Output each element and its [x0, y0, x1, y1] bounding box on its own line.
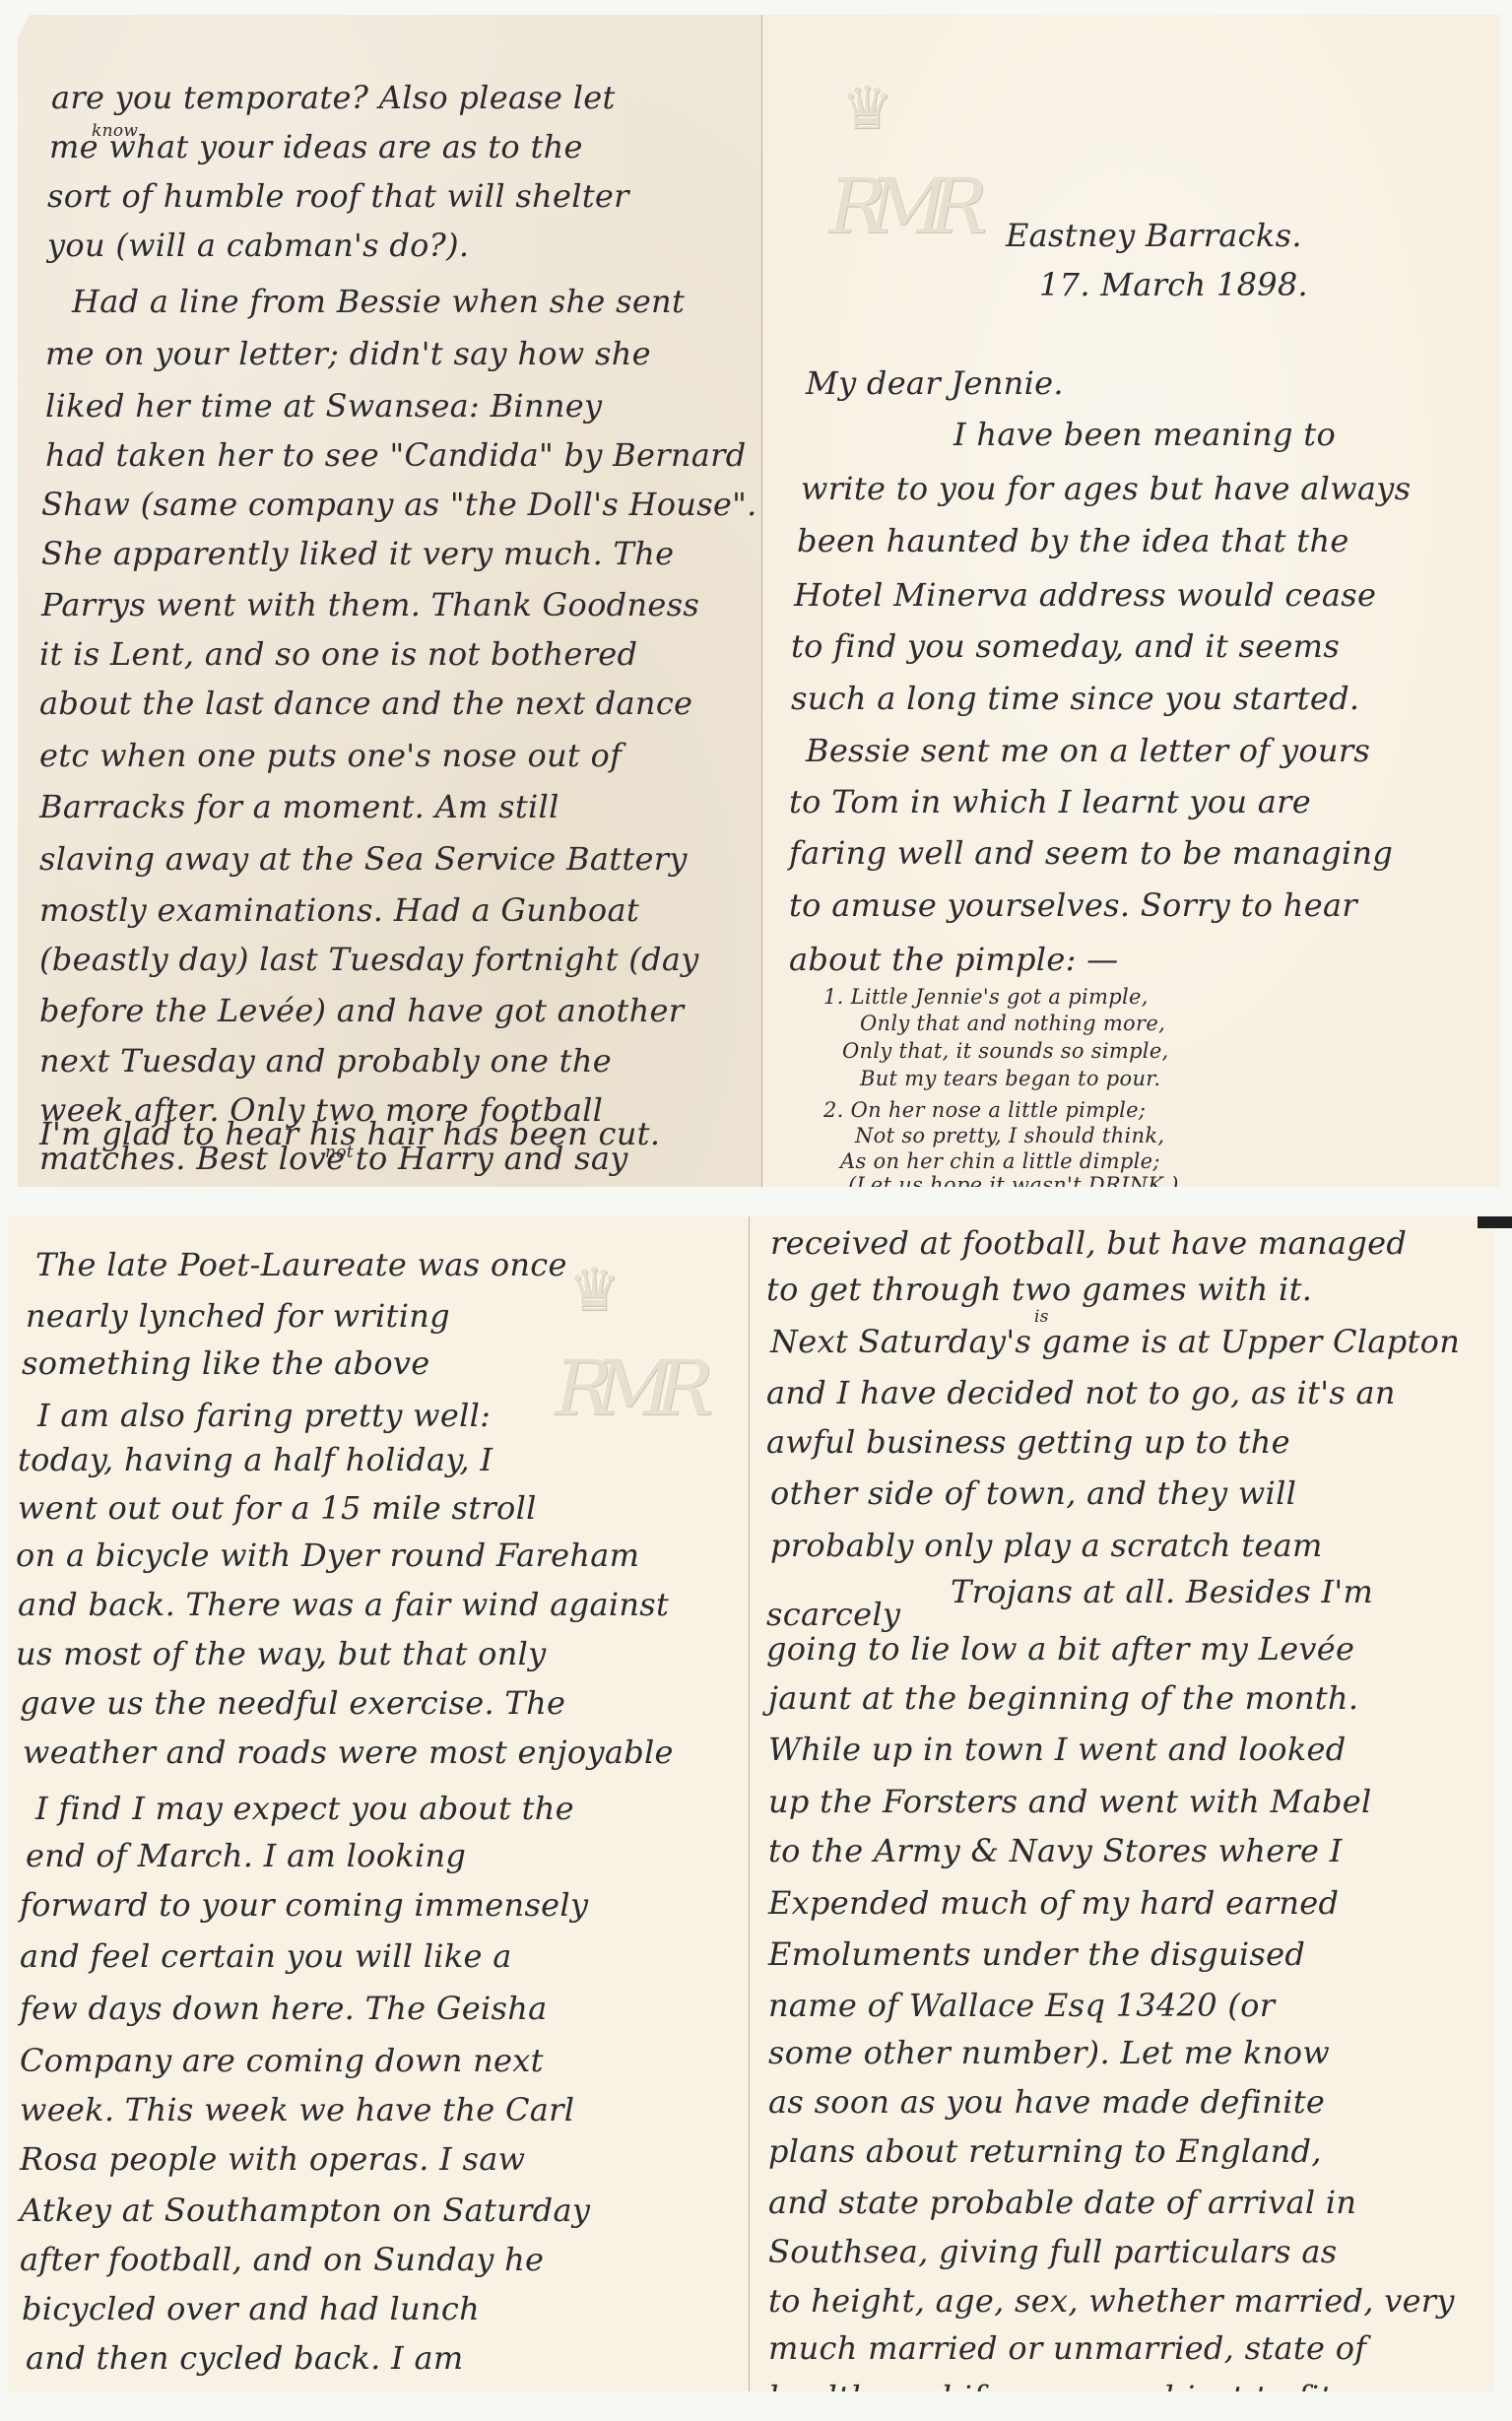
crown-emblem-icon: ♛: [840, 74, 893, 143]
text-line: slaving away at the Sea Service Battery: [39, 840, 688, 878]
monogram-emblem: RMR: [555, 1344, 695, 1433]
text-line: She apparently liked it very much. The: [41, 535, 674, 572]
text-line: liked her time at Swansea: Binney: [45, 387, 602, 425]
text-line: other side of town, and they will: [770, 1474, 1296, 1512]
poem-line: But my tears began to pour.: [860, 1067, 1160, 1090]
text-line: Shaw (same company as "the Doll's House"…: [41, 486, 757, 523]
text-line: faring well and seem to be managing: [789, 834, 1393, 872]
text-line: Next Saturday's game is at Upper Clapton: [770, 1323, 1460, 1360]
text-line: and then cycled back. I am: [26, 2339, 464, 2377]
text-line: Company are coming down next: [20, 2042, 544, 2079]
text-line: after football, and on Sunday he: [20, 2241, 544, 2278]
text-line: on a bicycle with Dyer round Fareham: [16, 1537, 639, 1574]
text-line: Bessie sent me on a letter of yours: [806, 732, 1370, 769]
text-line: weather and roads were most enjoyable: [23, 1734, 674, 1771]
text-line: Trojans at all. Besides I'm: [951, 1573, 1373, 1610]
text-line: are you temporate? Also please let: [51, 79, 616, 116]
text-line: about the pimple: —: [789, 941, 1118, 978]
text-line: bicycled over and had lunch: [22, 2290, 480, 2327]
text-line: Parrys went with them. Thank Goodness: [41, 586, 699, 623]
text-line: and state probable date of arrival in: [768, 2184, 1356, 2221]
letter-page-top-left: are you temporate? Also please let know …: [18, 15, 761, 1187]
letter-address: Eastney Barracks.: [1006, 217, 1302, 254]
text-line: Southsea, giving full particulars as: [768, 2233, 1337, 2270]
text-line: today, having a half holiday, I: [18, 1441, 493, 1478]
letter-salutation: My dear Jennie.: [806, 364, 1064, 402]
text-line: Had a line from Bessie when she sent: [72, 283, 685, 320]
text-line: probably only play a scratch team: [770, 1527, 1323, 1564]
text-line: health, and if you are subject to fits,: [768, 2379, 1359, 2391]
text-line: to Tom in which I learnt you are: [789, 783, 1311, 820]
text-line: to amuse yourselves. Sorry to hear: [789, 886, 1357, 924]
text-line: such a long time since you started.: [791, 680, 1359, 717]
poem-line: Only that, it sounds so simple,: [842, 1039, 1169, 1063]
monogram-emblem: RMR: [828, 163, 969, 251]
text-line: it is Lent, and so one is not bothered: [39, 635, 637, 673]
text-line: Hotel Minerva address would cease: [794, 576, 1376, 614]
text-line: some other number). Let me know: [768, 2034, 1330, 2071]
text-line: etc when one puts one's nose out of: [39, 737, 622, 774]
text-line: much married or unmarried, state of: [768, 2329, 1366, 2367]
text-line: Rosa people with operas. I saw: [20, 2140, 525, 2178]
text-line: you (will a cabman's do?).: [47, 227, 469, 264]
insert-word: not: [325, 1143, 354, 1162]
poem-line: Only that and nothing more,: [860, 1012, 1165, 1035]
text-line: awful business getting up to the: [766, 1423, 1290, 1461]
letter-page-top-left-lower: [18, 1034, 761, 1187]
text-line: me on your letter; didn't say how she: [45, 335, 651, 372]
text-line: to get through two games with it.: [766, 1271, 1312, 1308]
text-line: plans about returning to England,: [768, 2132, 1322, 2170]
text-line: and I have decided not to go, as it's an: [766, 1374, 1396, 1411]
text-line: about the last dance and the next dance: [39, 685, 692, 722]
poem-line: 1. Little Jennie's got a pimple,: [823, 985, 1149, 1009]
text-line: jaunt at the beginning of the month.: [768, 1679, 1358, 1717]
text-line: up the Forsters and went with Mabel: [768, 1783, 1372, 1820]
text-line: and back. There was a fair wind against: [18, 1586, 669, 1623]
poem-line: 2. On her nose a little pimple;: [823, 1098, 1146, 1122]
text-line: going to lie low a bit after my Levée: [766, 1630, 1354, 1668]
text-line: us most of the way, but that only: [16, 1635, 547, 1672]
text-line: The late Poet-Laureate was once: [35, 1246, 567, 1283]
text-line: to height, age, sex, whether married, ve…: [768, 2282, 1455, 2320]
text-line: and feel certain you will like a: [20, 1937, 512, 1975]
text-line: to the Army & Navy Stores where I: [768, 1832, 1343, 1869]
text-line: gave us the needful exercise. The: [20, 1684, 565, 1722]
text-line: mostly examinations. Had a Gunboat: [39, 891, 639, 929]
text-line: sort of humble roof that will shelter: [47, 177, 629, 215]
text-line: Atkey at Southampton on Saturday: [20, 2192, 590, 2229]
text-line: something like the above: [22, 1344, 430, 1382]
text-line: had taken her to see "Candida" by Bernar…: [45, 436, 747, 474]
poem-line: (Let us hope it wasn't DRINK.): [848, 1173, 1179, 1187]
letter-page-top-right: ♛ RMR Eastney Barracks. 17. March 1898. …: [761, 15, 1500, 1187]
folded-corner: [0, 15, 30, 74]
text-line: week. This week we have the Carl: [20, 2091, 574, 2128]
text-line: write to you for ages but have always: [801, 470, 1411, 507]
text-line: Barracks for a moment. Am still: [39, 788, 559, 825]
text-line: Emoluments under the disguised: [768, 1935, 1305, 1973]
scan-edge-shadow: [1478, 1216, 1512, 1228]
text-line: nearly lynched for writing: [26, 1297, 450, 1335]
text-line: received at football, but have managed: [770, 1224, 1407, 1262]
text-line: I have been meaning to: [953, 416, 1336, 453]
text-line: few days down here. The Geisha: [20, 1990, 548, 2027]
text-line: I am also faring pretty well:: [37, 1397, 491, 1434]
text-line: end of March. I am looking: [26, 1837, 466, 1874]
text-line: to find you someday, and it seems: [791, 627, 1340, 665]
crown-emblem-icon: ♛: [567, 1256, 621, 1325]
poem-line: Not so pretty, I should think,: [855, 1124, 1164, 1147]
text-line: as soon as you have made definite: [768, 2083, 1325, 2121]
margin-word: scarcely: [766, 1596, 900, 1633]
text-line: me what your ideas are as to the: [49, 128, 583, 165]
text-line: been haunted by the idea that the: [797, 522, 1349, 559]
text-line: before the Levée) and have got another: [39, 992, 684, 1029]
text-line: went out out for a 15 mile stroll: [18, 1489, 537, 1527]
text-line: I find I may expect you about the: [35, 1790, 574, 1827]
text-line: name of Wallace Esq 13420 (or: [768, 1987, 1275, 2024]
letter-page-bottom-left: ♛ RMR The late Poet-Laureate was once ne…: [8, 1216, 749, 2391]
text-line: forward to your coming immensely: [20, 1886, 588, 1924]
text-line: While up in town I went and looked: [768, 1731, 1347, 1768]
text-line: (beastly day) last Tuesday fortnight (da…: [39, 941, 699, 978]
letter-page-bottom-right: received at football, but have managed t…: [749, 1216, 1494, 2391]
text-line: Expended much of my hard earned: [768, 1884, 1339, 1922]
poem-line: As on her chin a little dimple;: [840, 1149, 1160, 1173]
letter-date: 17. March 1898.: [1039, 266, 1308, 303]
